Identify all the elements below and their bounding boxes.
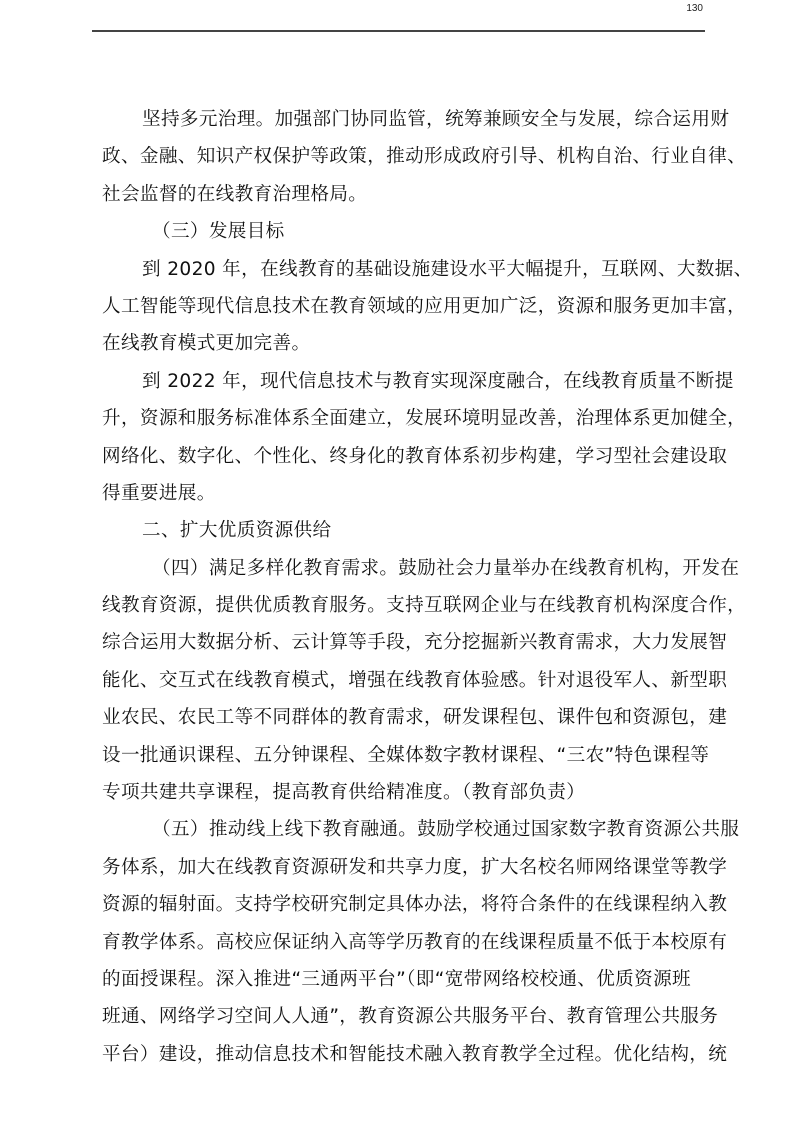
paragraph-line: 专项共建共享课程，提高教育供给精准度。（教育部负责） xyxy=(102,774,702,811)
paragraph-line: 业农民、农民工等不同群体的教育需求，研发课程包、课件包和资源包，建 xyxy=(102,699,702,736)
paragraph-line: 得重要进展。 xyxy=(102,475,702,512)
paragraph-line: 到 2022 年，现代信息技术与教育实现深度融合，在线教育质量不断提 xyxy=(102,363,702,400)
paragraph-line: 班通、网络学习空间人人通”，教育资源公共服务平台、教育管理公共服务 xyxy=(102,998,702,1035)
page-number: 130 xyxy=(663,3,703,14)
section-heading: 二、扩大优质资源供给 xyxy=(102,512,702,549)
paragraph-line: 人工智能等现代信息技术在教育领域的应用更加广泛，资源和服务更加丰富， xyxy=(102,288,702,325)
paragraph-line: 到 2020 年，在线教育的基础设施建设水平大幅提升，互联网、大数据、 xyxy=(102,251,702,288)
paragraph-line: 资源的辐射面。支持学校研究制定具体办法，将符合条件的在线课程纳入教 xyxy=(102,886,702,923)
paragraph-line: 政、金融、知识产权保护等政策，推动形成政府引导、机构自治、行业自律、 xyxy=(102,138,702,175)
paragraph-line: 设一批通识课程、五分钟课程、全媒体数字教材课程、“三农”特色课程等 xyxy=(102,737,702,774)
header-rule xyxy=(92,30,705,32)
paragraph-line: 育教学体系。高校应保证纳入高等学历教育的在线课程质量不低于本校原有 xyxy=(102,924,702,961)
paragraph-line: 在线教育模式更加完善。 xyxy=(102,325,702,362)
paragraph-line: 升，资源和服务标准体系全面建立，发展环境明显改善，治理体系更加健全， xyxy=(102,400,702,437)
paragraph-line: （四）满足多样化教育需求。鼓励社会力量举办在线教育机构，开发在 xyxy=(102,550,702,587)
document-body: 坚持多元治理。加强部门协同监管，统筹兼顾安全与发展，综合运用财 政、金融、知识产… xyxy=(102,101,702,1073)
section-heading: （三）发展目标 xyxy=(102,213,702,250)
paragraph-line: （五）推动线上线下教育融通。鼓励学校通过国家数字教育资源公共服 xyxy=(102,811,702,848)
paragraph-line: 务体系，加大在线教育资源研发和共享力度，扩大名校名师网络课堂等教学 xyxy=(102,849,702,886)
paragraph-line: 网络化、数字化、个性化、终身化的教育体系初步构建，学习型社会建设取 xyxy=(102,438,702,475)
paragraph-line: 坚持多元治理。加强部门协同监管，统筹兼顾安全与发展，综合运用财 xyxy=(102,101,702,138)
paragraph-line: 的面授课程。深入推进“三通两平台”（即“宽带网络校校通、优质资源班 xyxy=(102,961,702,998)
paragraph-line: 社会监督的在线教育治理格局。 xyxy=(102,176,702,213)
paragraph-line: 综合运用大数据分析、云计算等手段，充分挖掘新兴教育需求，大力发展智 xyxy=(102,624,702,661)
paragraph-line: 线教育资源，提供优质教育服务。支持互联网企业与在线教育机构深度合作， xyxy=(102,587,702,624)
paragraph-line: 平台）建设，推动信息技术和智能技术融入教育教学全过程。优化结构，统 xyxy=(102,1036,702,1073)
paragraph-line: 能化、交互式在线教育模式，增强在线教育体验感。针对退役军人、新型职 xyxy=(102,662,702,699)
